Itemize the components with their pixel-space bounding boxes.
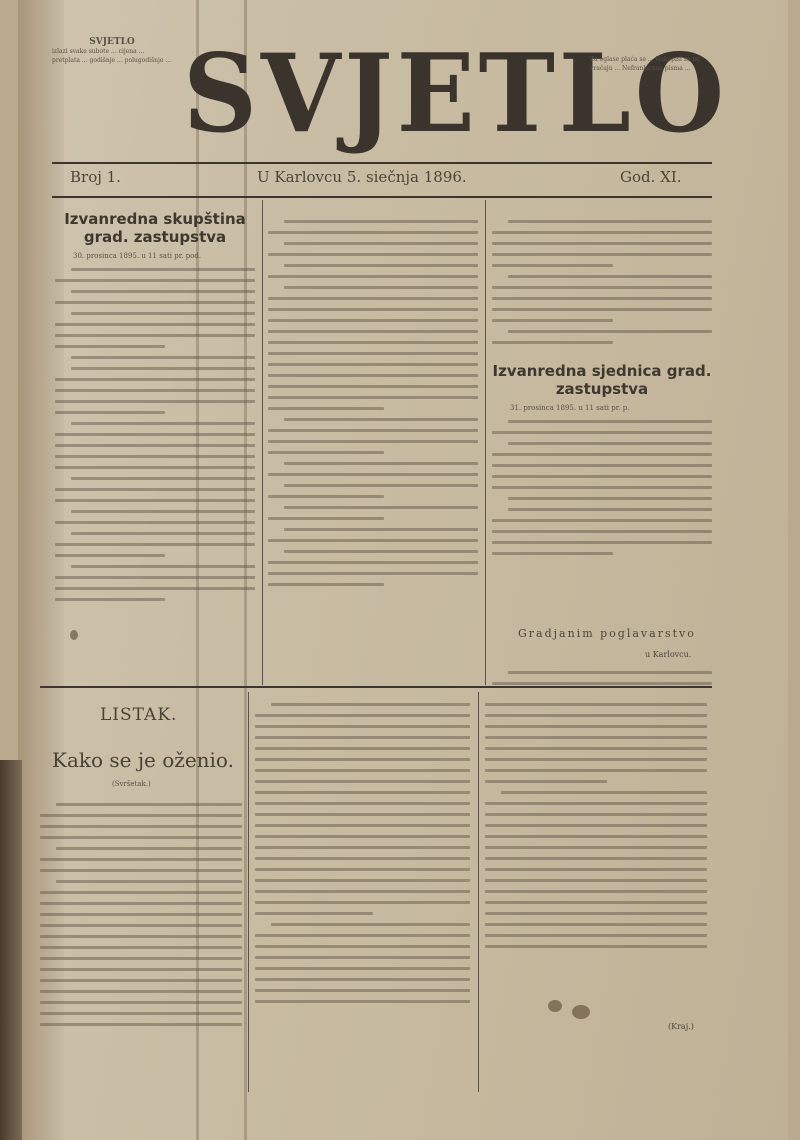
article-column-3-tail [492, 663, 712, 693]
article-heading: Gradjanim poglavarstvo [518, 627, 696, 640]
right-ear: Za oglase plaća se ... Rukopisi se ne vr… [590, 55, 720, 73]
volume: God. XI. [620, 168, 682, 186]
feuilleton-column-3 [485, 695, 707, 956]
column-rule [485, 200, 486, 685]
ink-stain [70, 630, 78, 640]
article-date: 30. prosinca 1895. u 11 sati pr. pod. [73, 252, 255, 260]
feuilleton-title: Kako se je oženio. [52, 748, 234, 772]
feuilleton-column-1 [40, 795, 242, 1034]
article-column-3: Izvanredna sjednica grad. zastupstva 31.… [492, 212, 712, 563]
feuilleton-divider [40, 686, 712, 688]
column-rule [248, 692, 249, 1092]
ink-stain [572, 1005, 590, 1019]
feuilleton-subtitle: (Svršetak.) [112, 780, 151, 788]
feuilleton-column-2 [255, 695, 470, 1011]
article-heading: Izvanredna sjednica grad. zastupstva [492, 362, 712, 398]
column-rule [478, 692, 479, 1092]
issue-number: Broj 1. [70, 168, 121, 186]
feuilleton-section: LISTAK. [100, 705, 177, 725]
left-ear-text: izlazi svake subote ... cijena ... pretp… [52, 47, 172, 65]
right-ear-text: Za oglase plaća se ... Rukopisi se ne vr… [590, 55, 720, 73]
feuilleton-signoff: (Kraj.) [668, 1022, 694, 1031]
article-date: 31. prosinca 1895. u 11 sati pr. p. [510, 404, 712, 412]
left-ear: SVJETLO izlazi svake subote ... cijena .… [52, 38, 172, 65]
place-date: U Karlovcu 5. siečnja 1896. [257, 168, 467, 186]
divider [52, 196, 712, 198]
article-heading: Izvanredna skupština grad. zastupstva [55, 210, 255, 246]
article-column-1: Izvanredna skupština grad. zastupstva 30… [55, 210, 255, 609]
article-column-2 [268, 212, 478, 594]
left-ear-title: SVJETLO [52, 38, 172, 47]
divider [52, 162, 712, 164]
column-rule [262, 200, 263, 685]
shadow-edge [0, 760, 22, 1140]
article-subline: u Karlovcu. [645, 650, 691, 659]
ink-stain [548, 1000, 562, 1012]
